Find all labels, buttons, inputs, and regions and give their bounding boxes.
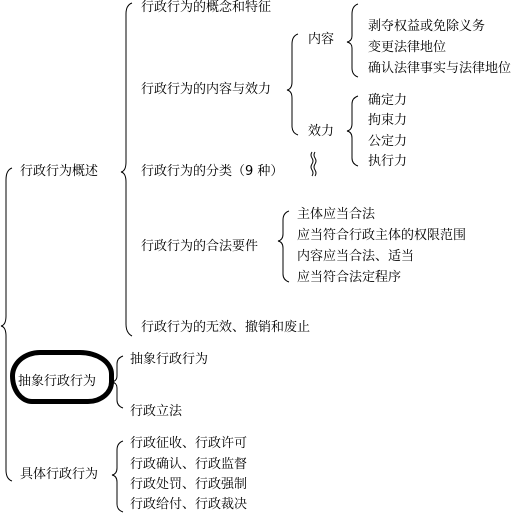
effect-brace (347, 96, 358, 166)
leaf-deprive-rights: 剥夺权益或免除义务 (368, 19, 485, 35)
leaf-determinative-force: 确定力 (368, 93, 407, 109)
legal-req-brace (278, 211, 289, 282)
leaf-content-legal: 内容应当合法、适当 (297, 249, 414, 265)
node-content-effect: 行政行为的内容与效力 (141, 82, 271, 98)
leaf-change-status: 变更法律地位 (368, 40, 446, 56)
leaf-binding-force: 拘束力 (368, 113, 407, 129)
node-concrete-action: 具体行政行为 (20, 467, 98, 483)
wavy-mark-2 (314, 152, 316, 176)
node-abstract-action: 抽象行政行为 (18, 374, 96, 390)
wavy-mark-1 (311, 152, 313, 176)
leaf-penalty-enforce: 行政处罚、行政强制 (130, 477, 247, 493)
leaf-payment-adjudicate: 行政给付、行政裁决 (130, 497, 247, 513)
node-content: 内容 (308, 32, 334, 48)
node-legal-requirements: 行政行为的合法要件 (141, 239, 258, 255)
concrete-brace (112, 441, 123, 512)
node-concept-features: 行政行为的概念和特征 (141, 0, 271, 16)
outer-brace (1, 168, 12, 481)
node-classification: 行政行为的分类（9 种） (141, 164, 283, 180)
overview-brace (121, 3, 132, 336)
leaf-levy-permit: 行政征收、行政许可 (130, 436, 247, 452)
node-invalid-revoke-abolish: 行政行为的无效、撤销和废止 (141, 320, 310, 336)
content-brace (347, 4, 358, 77)
leaf-administrative-legislation: 行政立法 (130, 404, 182, 420)
node-overview: 行政行为概述 (20, 164, 98, 180)
leaf-abstract-action: 抽象行政行为 (130, 352, 208, 368)
leaf-confirm-supervise: 行政确认、行政监督 (130, 457, 247, 473)
leaf-executive-force: 执行力 (368, 154, 407, 170)
node-effect: 效力 (308, 124, 334, 140)
leaf-within-authority: 应当符合行政主体的权限范围 (297, 228, 466, 244)
leaf-confirm-facts: 确认法律事实与法律地位 (368, 61, 511, 77)
leaf-legal-procedure: 应当符合法定程序 (297, 270, 401, 286)
leaf-subject-legal: 主体应当合法 (297, 207, 375, 223)
leaf-public-force: 公定力 (368, 134, 407, 150)
content-effect-brace (287, 34, 298, 135)
